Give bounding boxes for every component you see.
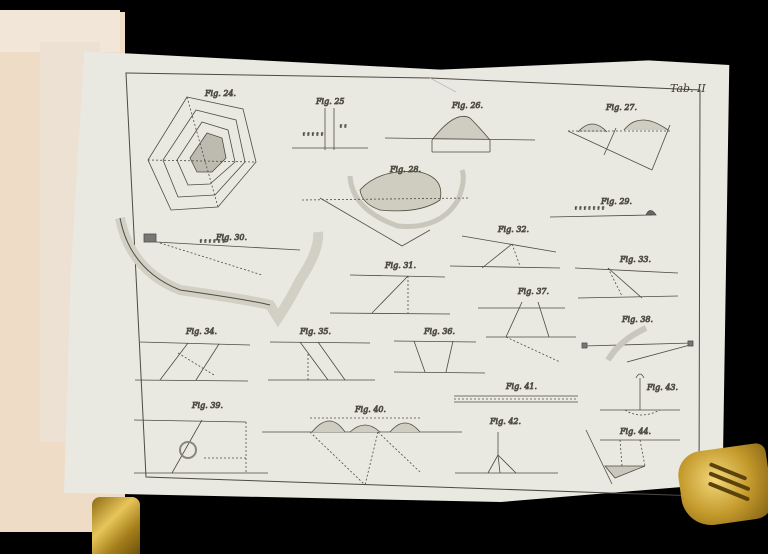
fig24-caption: Fig. 24. (204, 89, 236, 98)
fig31-drawing (330, 275, 450, 314)
fig39-drawing (134, 420, 268, 473)
fig38-caption: Fig. 38. (621, 315, 653, 324)
plate-label: Tab. II (670, 82, 706, 95)
fig36-caption: Fig. 36. (423, 327, 455, 336)
fig33-caption: Fig. 33. (619, 255, 651, 264)
svg-text:ᵗ ᵗ ᵗ ᵗ ᵗ: ᵗ ᵗ ᵗ ᵗ ᵗ (303, 131, 323, 140)
fig43-caption: Fig. 43. (646, 383, 678, 392)
fig37-caption: Fig. 37. (517, 287, 549, 296)
svg-text:ᵗ ᵗ: ᵗ ᵗ (340, 123, 347, 132)
fig36-drawing (394, 341, 485, 373)
fig28-drawing (302, 170, 470, 246)
fig29-caption: Fig. 29. (600, 197, 632, 206)
fig39-caption: Fig. 39. (191, 401, 223, 410)
photo-scene: Fig. 24. ᵗ ᵗ ᵗ ᵗ ᵗ ᵗ ᵗ Fig. 25 Fig. 26. (0, 0, 768, 554)
fig32-drawing (450, 236, 560, 268)
fig26-drawing (385, 116, 535, 152)
brass-clip-left (92, 497, 140, 554)
fig42-drawing (455, 432, 558, 473)
fig31-caption: Fig. 31. (384, 261, 416, 270)
fig40-caption: Fig. 40. (354, 405, 386, 414)
brass-hand-clip-right (675, 442, 768, 529)
fig34-caption: Fig. 34. (185, 327, 217, 336)
fig44-drawing (586, 430, 680, 484)
fig35-drawing (268, 342, 375, 380)
fig25-drawing: ᵗ ᵗ ᵗ ᵗ ᵗ ᵗ ᵗ (292, 108, 368, 150)
fig28-caption: Fig. 28. (389, 165, 421, 174)
fig27-caption: Fig. 27. (605, 103, 637, 112)
fig32-caption: Fig. 32. (497, 225, 529, 234)
fold-line (430, 78, 456, 92)
fig29-drawing: ᵗ ᵗ ᵗ ᵗ ᵗ ᵗ ᵗ (550, 205, 656, 217)
fig38-drawing (582, 328, 693, 362)
fig26-caption: Fig. 26. (451, 101, 483, 110)
fig44-caption: Fig. 44. (619, 427, 651, 436)
fig34-drawing (135, 342, 250, 381)
fig27-drawing (568, 120, 670, 170)
fig40-drawing (262, 418, 462, 485)
svg-text:ᵗ ᵗ ᵗ ᵗ ᵗ ᵗ ᵗ: ᵗ ᵗ ᵗ ᵗ ᵗ ᵗ ᵗ (575, 205, 604, 214)
fig25-caption: Fig. 25 (315, 97, 345, 106)
fig30-caption: Fig. 30. (215, 233, 247, 242)
plate-engravings: Fig. 24. ᵗ ᵗ ᵗ ᵗ ᵗ ᵗ ᵗ Fig. 25 Fig. 26. (0, 0, 768, 554)
fig43-drawing (600, 374, 680, 415)
fig42-caption: Fig. 42. (489, 417, 521, 426)
fig37-drawing (478, 302, 576, 362)
fig41-drawing (454, 396, 578, 402)
fig35-caption: Fig. 35. (299, 327, 331, 336)
fig33-drawing (575, 268, 678, 298)
fig24-hexagons (148, 97, 256, 210)
fig41-caption: Fig. 41. (505, 382, 537, 391)
